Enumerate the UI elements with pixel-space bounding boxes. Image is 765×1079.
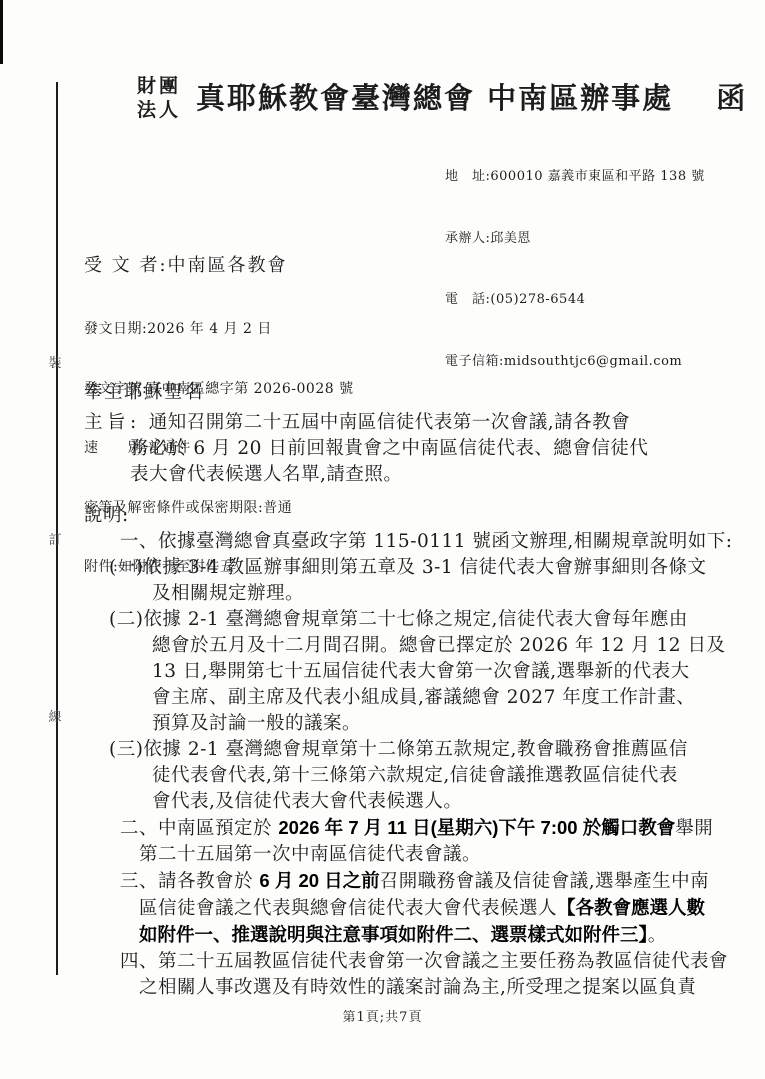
explanation-item-3-line-3: 如附件一、推選說明與注意事項如附件二、選票樣式如附件三】。 [84,922,724,949]
issue-date-line: 發文日期:2026 年 4 月 2 日 [84,319,354,341]
explanation-item-2-line-2: 第二十五屆第一次中南區信徒代表會議。 [84,842,724,868]
item-1-sub-2-line-2: 總會於五月及十二月間召開。總會已擇定於 2026 年 12 月 12 日及 [84,633,724,659]
salutation: 奉主耶穌聖名 [84,378,724,407]
contact-person: 承辦人:邱美恩 [445,229,705,250]
item-2-suffix: 舉開 [675,818,713,839]
explanation-item-2-line-1: 二、中南區預定於 2026 年 7 月 11 日(星期六)下午 7:00 於觸口… [84,815,724,842]
org-type-label: 財團法人 [137,74,181,122]
item-1-sub-3-line-3: 會代表,及信徒代表大會代表候選人。 [84,789,724,815]
item-3-line-1-rest: 召開職務會議及信徒會議,選舉產生中南 [380,871,709,892]
item-1-sub-2-line-3: 13 日,舉開第七十五屆信徒代表大會第一次會議,選舉新的代表大 [84,659,724,685]
letter-body: 奉主耶穌聖名 主旨:通知召開第二十五屆中南區信徒代表第一次會議,請各教會 務必於… [84,378,724,1001]
item-1-sub-2-line-5: 預算及討論一般的議案。 [84,711,724,737]
subject-text-1: 通知召開第二十五屆中南區信徒代表第一次會議,請各教會 [149,412,630,433]
org-type-line1: 財團 [137,74,181,98]
explanation-item-4-line-2: 之相關人事改選及有時效性的議案討論為主,所受理之提案以區負責 [84,975,724,1001]
explanation-item-1-line-1: 一、依據臺灣總會真臺政字第 115-0111 號函文辦理,相關規章說明如下: [84,529,724,555]
contact-address: 地 址:600010 嘉義市東區和平路 138 號 [445,167,705,188]
recipient-line: 受 文 者:中南區各教會 [84,252,354,279]
contact-block: 地 址:600010 嘉義市東區和平路 138 號 承辦人:邱美恩 電 話:(0… [445,126,705,413]
item-1-sub-2-line-1: (二)依據 2-1 臺灣總會規章第二十七條之規定,信徒代表大會每年應由 [84,607,724,633]
org-type-line2: 法人 [137,98,181,122]
binding-char-ding: 訂 [45,529,65,548]
page-number: 第1頁;共7頁 [0,1006,765,1025]
explanation-item-3-line-2: 區信徒會議之代表與總會信徒代表大會代表候選人【各教會應選人數 [84,895,724,922]
explanation-item-3-line-1: 三、請各教會於 6 月 20 日之前召開職務會議及信徒會議,選舉產生中南 [84,868,724,895]
subject-line-3: 表大會代表候選人名單,請查照。 [84,462,724,488]
item-3-line-2-text: 區信徒會議之代表與總會信徒代表大會代表候選人 [139,898,557,919]
subject-line-1: 主旨:通知召開第二十五屆中南區信徒代表第一次會議,請各教會 [84,410,724,436]
document-page: 裝 訂 線 財團法人 真耶穌教會臺灣總會 中南區辦事處 函 地 址:600010… [0,0,765,1079]
item-3-line-3-period: 。 [648,925,667,946]
item-2-prefix: 二、中南區預定於 [120,818,278,839]
item-3-prefix: 三、請各教會於 [120,871,259,892]
binding-char-xian: 線 [45,706,65,725]
item-1-sub-2-line-4: 會主席、副主席及代表小組成員,審議總會 2027 年度工作計畫、 [84,685,724,711]
item-2-meeting-datetime-highlight: 2026 年 7 月 11 日(星期六)下午 7:00 於觸口教會 [278,817,675,838]
item-1-sub-1-line-2: 及相關規定辦理。 [84,581,724,607]
item-1-sub-3-line-1: (三)依據 2-1 臺灣總會規章第十二條第五款規定,教會職務會推薦區信 [84,737,724,763]
item-3-deadline-highlight: 6 月 20 日之前 [259,870,379,891]
item-3-attachment-note-highlight-start: 【各教會應選人數 [557,897,705,918]
contact-email: 電子信箱:midsouthtjc6@gmail.com [445,352,705,373]
item-1-sub-1-line-1: (一)依據 3-4 教區辦事細則第五章及 3-1 信徒代表大會辦事細則各條文 [84,555,724,581]
binding-char-zhuang: 裝 [45,352,65,371]
item-1-sub-3-line-2: 徒代表會代表,第十三條第六款規定,信徒會議推選教區信徒代表 [84,763,724,789]
subject-line-2: 務必於 6 月 20 日前回報貴會之中南區信徒代表、總會信徒代 [84,436,724,462]
explanation-item-4-line-1: 四、第二十五屆教區信徒代表會第一次會議之主要任務為教區信徒代表會 [84,949,724,975]
subject-label: 主旨: [84,412,141,433]
explanation-label: 說明: [84,503,724,529]
item-3-attachment-note-highlight-end: 如附件一、推選說明與注意事項如附件二、選票樣式如附件三】 [139,924,648,945]
document-title: 真耶穌教會臺灣總會 中南區辦事處 函 [196,76,747,117]
scan-edge-artifact [0,0,3,64]
contact-phone: 電 話:(05)278-6544 [445,290,705,311]
